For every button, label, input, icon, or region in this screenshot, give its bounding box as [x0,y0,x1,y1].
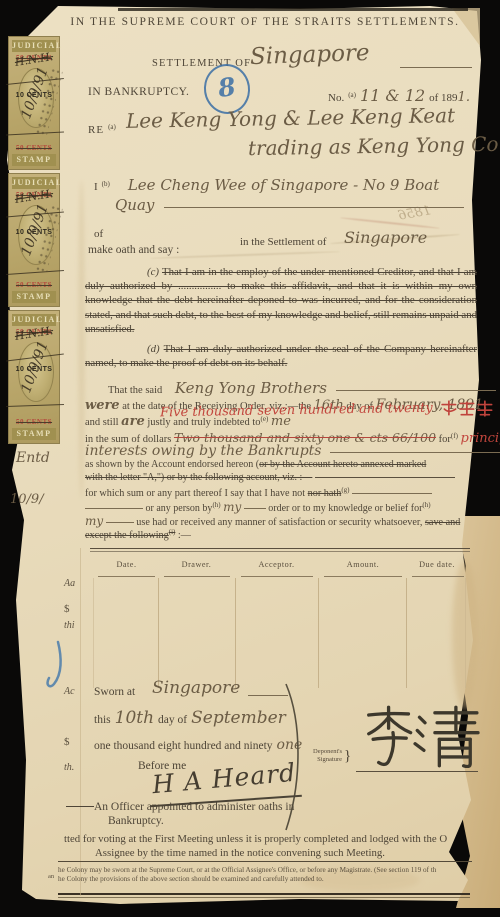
in-settlement-label: in the Settlement of [240,236,326,248]
save-and-struck: save and [425,517,460,528]
fine-print-line1: he Colony may be sworn at the Supreme Co… [58,866,436,874]
for-which-text: for which sum or any part thereof I say … [85,488,305,499]
year-text: one thousand eight hundred and ninety [94,740,273,752]
struck-annex-text: or by the Account hereto annexed marked [259,459,426,470]
stamp-face-value: 50 CENTS [9,144,59,152]
case-year-handwritten: 1. [458,90,470,105]
for-which-line: for which sum or any part thereof I say … [85,486,432,499]
f-footnote-mark: (f) [451,432,458,440]
were-handwritten: were [85,398,120,413]
table-header-due-date: Due date. [408,560,466,569]
deponent-label-line2: Signature [300,756,342,764]
as-shown-line: as shown by the Account endorsed hereon … [85,459,426,470]
stamp-face-value: 50 CENTS [9,418,59,426]
settlement-value-handwritten: Singapore [250,40,370,70]
margin-cut-text: $ [64,603,70,615]
letter-a-line: with the letter "A,") or by the followin… [85,472,455,483]
footnote-strike-mark [66,806,94,807]
colon-dash: :— [178,530,191,541]
table-header-date: Date. [95,560,158,569]
no-label: No. [328,92,344,104]
interests-handwritten: interests owing by the Bankrupts [85,443,321,459]
are-handwritten: are [121,414,145,429]
bottom-edge-rule [58,893,470,895]
deponent-line-2: Quay [115,196,464,215]
any-person-text: or any person by [146,503,213,514]
officer-text-line2: Bankruptcy. [108,815,164,827]
clause-c-label: (c) [147,266,159,278]
margin-cut-text: $ [64,736,70,748]
my-handwritten-1: my [223,500,241,514]
order-belief-text: order or to my knowledge or belief for [268,503,422,514]
g-footnote-mark: (g) [341,486,349,494]
of-label: of [94,228,103,240]
nor-hath-struck: nor hath [308,488,342,499]
footer-rule [58,861,472,862]
margin-cut-text: Aa [64,578,75,589]
clause-d-text-struck: That I am duly authorized under the seal… [85,343,477,369]
that-said-label: That the said [108,385,162,396]
sworn-month-handwritten: September [191,708,286,728]
crease-shadow [78,180,85,500]
h-footnote-mark: (h) [212,501,220,509]
deponent-signature-cjk [362,704,488,768]
fine-print-margin-cut: an [48,873,54,880]
stamp-face-value: 50 CENTS [9,281,59,289]
clause-d-label: (d) [147,343,160,355]
re-label: RE [88,124,104,136]
stamp-bottom-label: STAMP [12,154,56,166]
judicial-stamp-1: JUDICIAL 50 CENTS 10 CENTS H.N.H. 10/9/9… [8,36,60,170]
trading-as-handwritten: trading as Keng Yong Co [248,132,499,160]
sworn-place-handwritten: Singapore [152,678,240,698]
entered-date-handwritten: 10/9/ [10,492,44,507]
deponent-address-handwritten: Quay [115,196,154,214]
margin-cut-text: thi [64,620,75,631]
sworn-day-handwritten: 10th [115,708,154,728]
stamp-bottom-label: STAMP [12,291,56,303]
clause-d: (d) That I am duly authorized under the … [85,342,477,370]
deponent-line: I (b) Lee Cheng Wee of Singapore - No 9 … [94,176,439,195]
judicial-stamp-3: JUDICIAL 50 CENTS 10 CENTS H.N.H. 10/9/9… [8,310,60,444]
table-header-acceptor: Acceptor. [237,560,316,569]
except-struck: except the following [85,530,169,541]
red-correction-line: Five thousand seven hundred and twenty [160,400,495,419]
deponent-brace: } [344,748,351,765]
i-label: I [94,181,98,193]
clause-c-text-struck: That I am in the employ of the under-men… [85,266,477,335]
clause-c: (c) That I am in the employ of the under… [85,265,477,336]
and-still-text: and still [85,417,119,428]
my-handwritten-2: my [85,514,103,528]
entered-note-handwritten: Entd [16,450,50,466]
day-of-label: day of [158,714,187,726]
struck-letter-text: with the letter "A,") or by the followin… [85,472,312,483]
court-title: IN THE SUPREME COURT OF THE STRAITS SETT… [60,16,470,28]
case-number-handwritten: 11 & 12 [360,86,425,105]
use-text: use had or received any manner of satisf… [136,517,422,528]
voting-notice-line2: Assignee by the time named in the notice… [95,847,385,859]
fine-print-line2: he Colony the provisions of the above se… [58,875,324,883]
table-header-amount: Amount. [320,560,406,569]
i-footnote-mark: (i) [169,528,176,536]
except-line: except the following(i) :— [85,528,191,541]
creditor-name-handwritten: Keng Yong Brothers [175,379,327,397]
deponent-signature-label: Deponent's Signature [300,748,342,764]
any-person-line: or any person by(h) my order or to my kn… [85,500,431,514]
pen-cancel-line [6,404,64,407]
bankruptcy-label: IN BANKRUPTCY. [88,86,189,98]
red-amount-handwritten: Five thousand seven hundred and twenty [160,401,433,421]
sworn-date-line: this 10th day of September [94,708,286,728]
oath-line: make oath and say : [88,244,179,256]
margin-cut-text: th. [64,762,74,773]
table-header-drawer: Drawer. [160,560,233,569]
in-settlement-value-handwritten: Singapore [344,228,427,247]
re-line: RE (a) [88,120,116,138]
voting-notice-line1: tted for voting at the First Meeting unl… [64,833,447,845]
sworn-year-line: one thousand eight hundred and ninety on… [94,736,302,754]
i-footnote-mark: (b) [102,180,110,188]
judicial-stamp-2: JUDICIAL 50 CENTS 10 CENTS H.N.H. 10/9/9… [8,173,60,307]
re-footnote-mark: (a) [108,123,116,131]
bottom-edge-rule-2 [58,897,470,898]
blue-pencil-mark [44,640,66,692]
circle-number: 8 [203,63,251,112]
officer-text-line1: An Officer appointed to administer oaths… [94,801,294,813]
scanned-affidavit-document: JUDICIAL 50 CENTS 10 CENTS H.N.H. 10/9/9… [0,0,500,917]
deponent-label-line1: Deponent's [300,748,342,756]
top-scan-edge [118,8,468,11]
interests-line: interests owing by the Bankrupts [85,443,500,459]
red-cjk-signature [441,400,495,417]
use-line: my use had or received any manner of sat… [85,514,460,528]
as-shown-text: as shown by the Account endorsed hereon … [85,459,259,470]
no-footnote-mark: (a) [348,91,356,99]
stamp-bottom-label: STAMP [12,428,56,440]
that-said-line: That the said Keng Yong Brothers [108,379,496,397]
sworn-at-label: Sworn at [94,686,135,698]
deponent-name-handwritten: Lee Cheng Wee of Singapore - No 9 Boat [128,176,439,194]
this-label: this [94,714,111,726]
h2-footnote-mark: (h) [422,501,430,509]
